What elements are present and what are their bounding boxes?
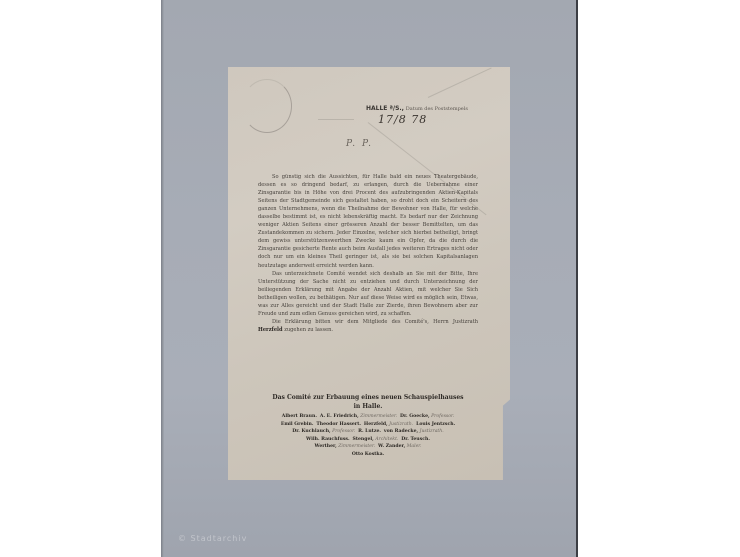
signer-name: A. E. Friedrich, [320,414,359,419]
signer-name: Albert Braun. [282,414,317,419]
signer-row: Wilh. Rauchfuss. Stengel, Architekt. Dr.… [248,436,488,444]
signer-name: Herzfeld, [364,422,388,427]
signer-name: Dr. Teusch. [401,437,430,442]
signer-row: Albert Braun. A. E. Friedrich, Zimmermei… [248,413,488,421]
committee-title-line: Das Comité zur Erbauung eines neuen Scha… [248,393,488,402]
signer-name: Louis Jentzsch. [416,422,455,427]
signer-name: R. Lutze. [358,429,381,434]
signer-name: Otto Kostka. [352,452,384,457]
signer-name: W. Zander, [378,444,405,449]
photo-edge [161,0,164,557]
closing-text: Die Erklärung bitten wir dem Mitgliede d… [272,319,478,325]
signer-role: Maler. [407,444,422,449]
signer-name: von Radecke, [384,429,418,434]
letter-sheet: HALLE ª/S., Datum des Poststempels 17/8 … [228,67,510,480]
signer-role: Architekt. [375,437,398,442]
signer-role: Justizrath. [420,429,444,434]
closing-text: zugehen zu lassen. [284,327,333,333]
letterhead: HALLE ª/S., Datum des Poststempels [366,105,468,112]
signer-name: Dr. Goecke, [400,414,430,419]
letter-body: So günstig sich die Aussichten, für Hall… [258,173,478,334]
signer-row: Otto Kostka. [248,451,488,459]
signer-name: Werther, [315,444,337,449]
signer-role: Professor. [332,429,355,434]
signer-role: Professor. [431,414,454,419]
signer-name: Dr. Kuchlauch, [292,429,330,434]
salutation: P. P. [346,139,373,149]
letterhead-date-label: Datum des Poststempels [406,106,468,112]
signer-name: Emil Grebin. [281,422,314,427]
signer-role: Justizrath. [389,422,413,427]
postmark-stamp-icon [242,79,292,133]
signer-row: Werther, Zimmermeister. W. Zander, Maler… [248,443,488,451]
watermark: © Stadtarchiv [178,535,247,542]
photo-edge [576,0,578,557]
handwritten-date: 17/8 78 [378,113,427,126]
committee-title-line: in Halle. [248,402,488,411]
committee-title: Das Comité zur Erbauung eines neuen Scha… [248,393,488,411]
signer-name: Wilh. Rauchfuss. [306,437,350,442]
signers-list: Albert Braun. A. E. Friedrich, Zimmermei… [248,413,488,459]
signer-row: Dr. Kuchlauch, Professor. R. Lutze. von … [248,428,488,436]
body-paragraph: So günstig sich die Aussichten, für Hall… [258,173,478,270]
signer-name: Stengel, [353,437,374,442]
closing-name: Herzfeld [258,327,283,333]
signer-role: Zimmermeister. [360,414,397,419]
signer-row: Emil Grebin. Theodor Hassert. Herzfeld, … [248,421,488,429]
signer-name: Theodor Hassert. [316,422,361,427]
faint-pencil-mark [428,67,492,97]
body-paragraph: Das unterzeichnete Comité wendet sich de… [258,270,478,318]
closing-paragraph: Die Erklärung bitten wir dem Mitgliede d… [258,318,478,334]
faint-pencil-mark [318,119,354,120]
signer-role: Zimmermeister. [338,444,375,449]
letterhead-place: HALLE ª/S., [366,105,404,112]
